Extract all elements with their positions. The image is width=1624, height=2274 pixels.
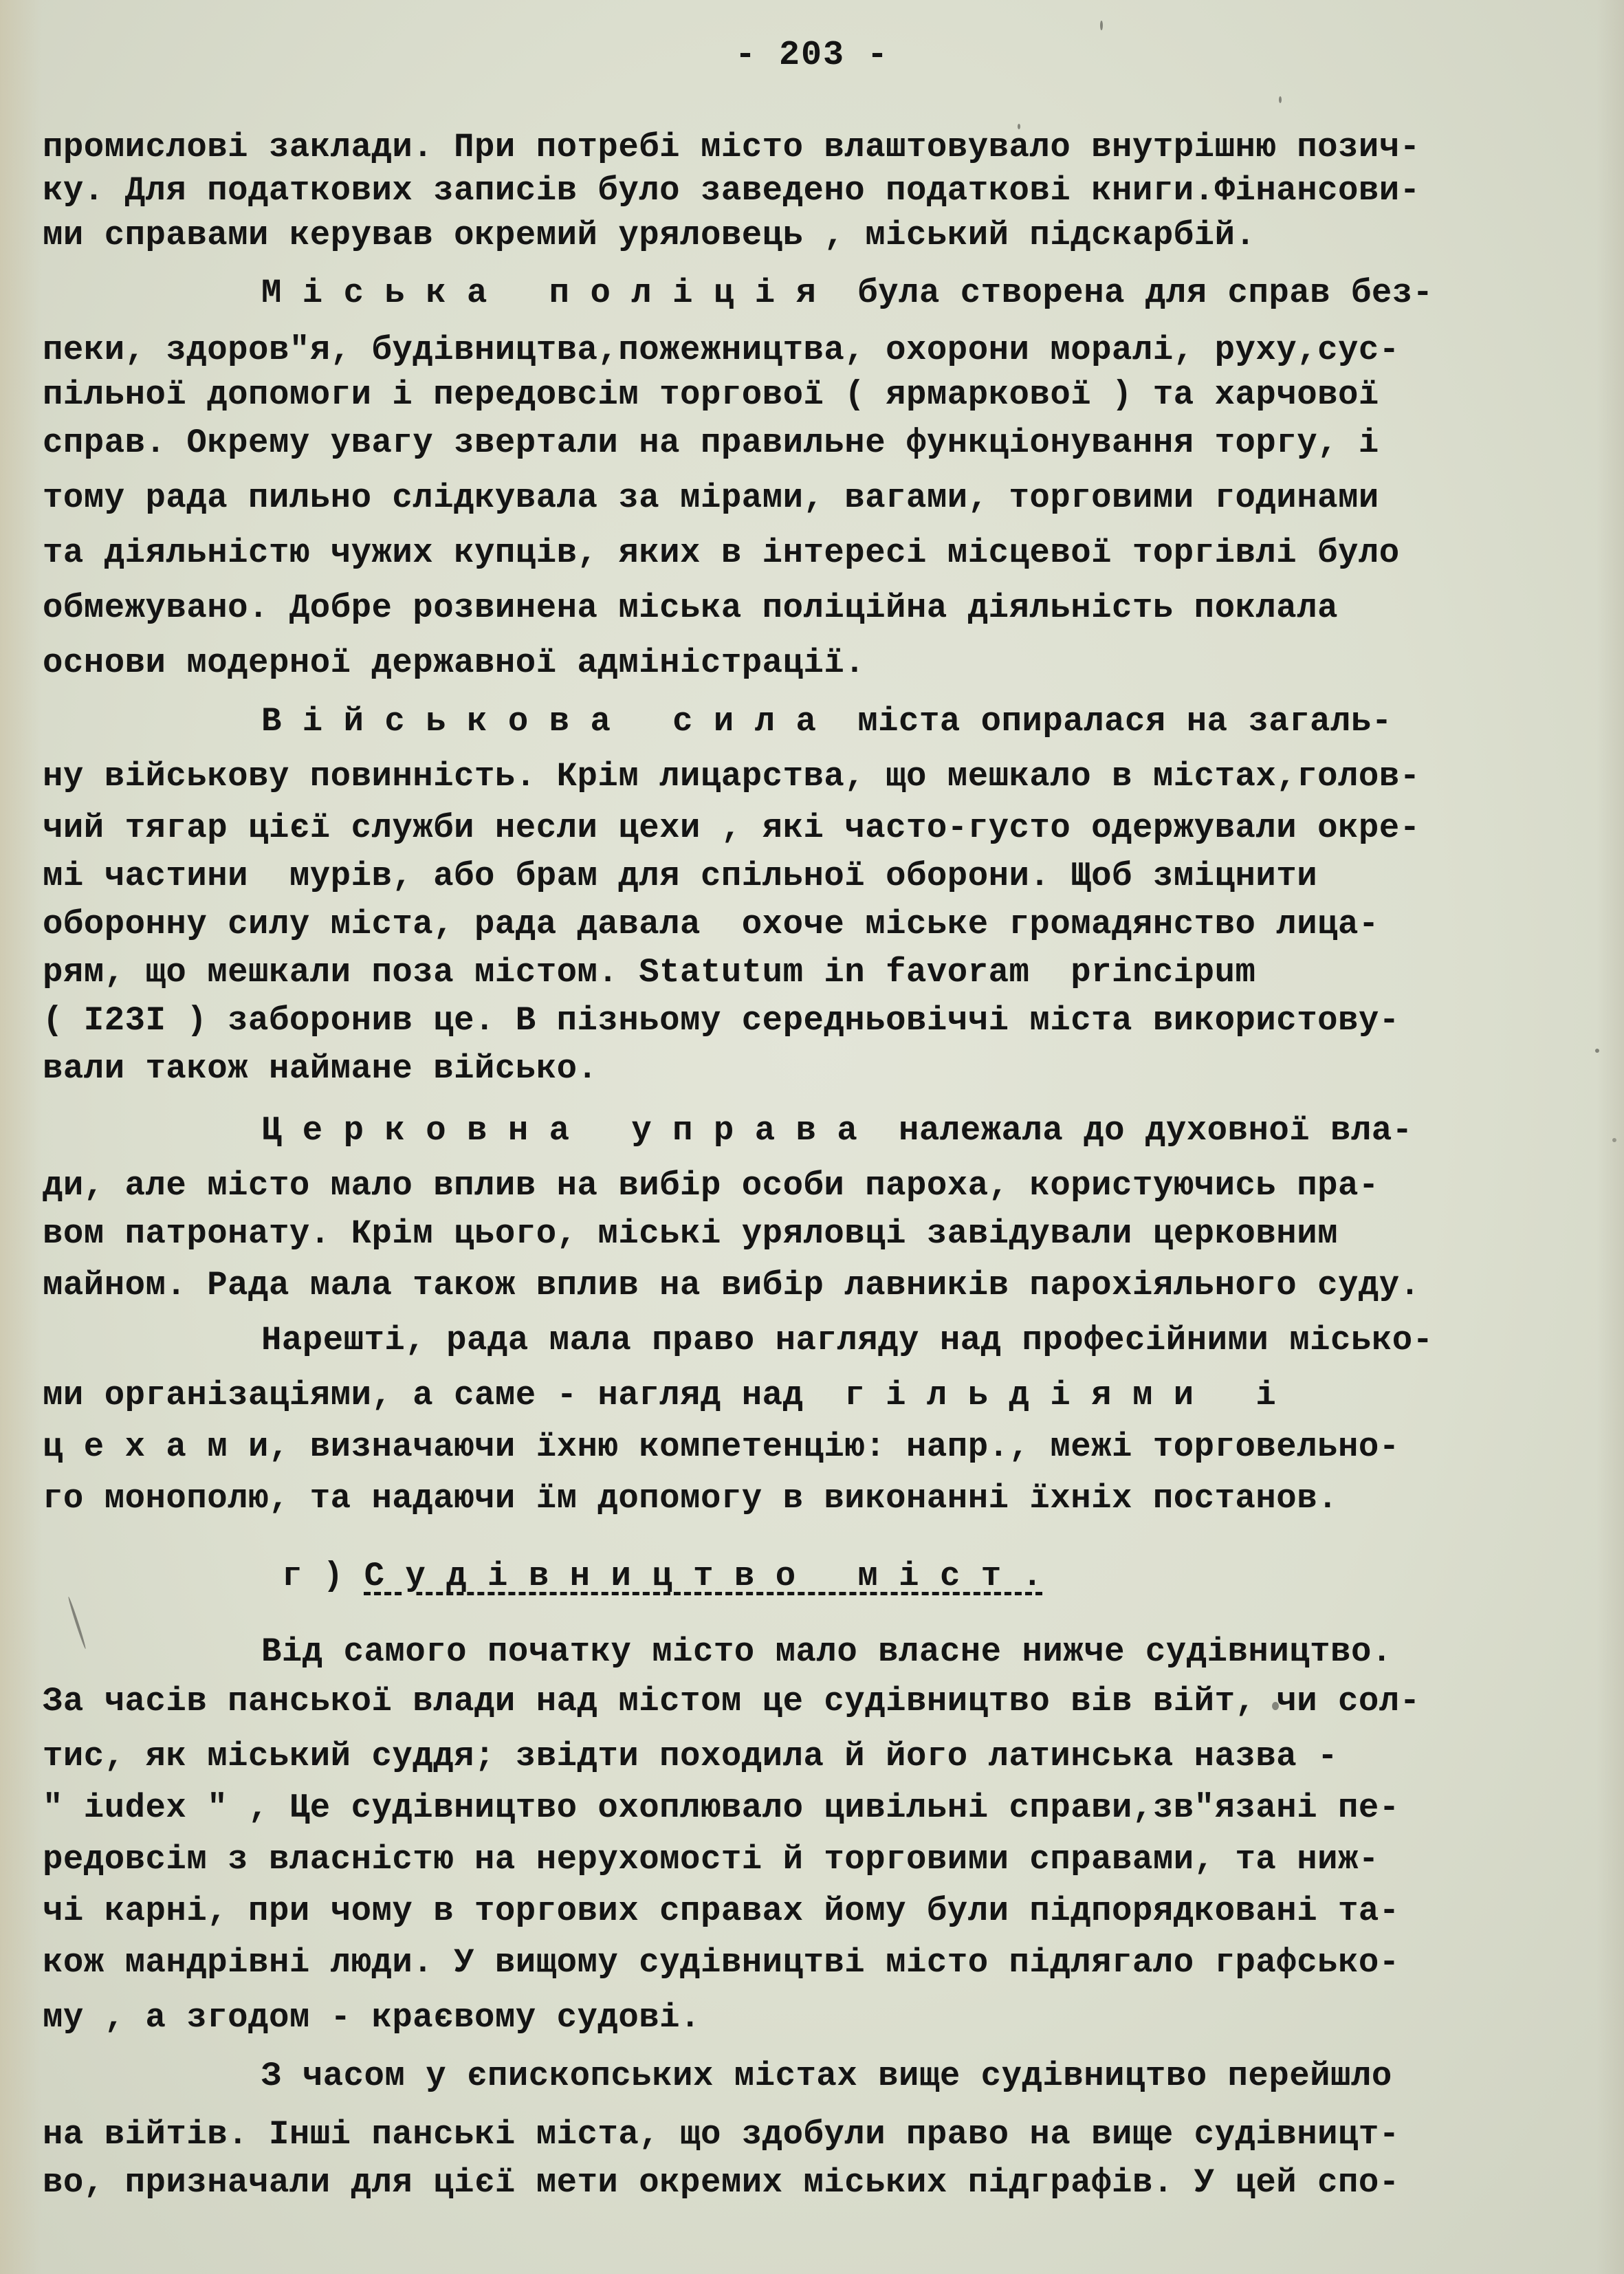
text-line: во, призначали для цієї мети окремих міс… [43, 2166, 1400, 2200]
text-line: оборонну силу міста, рада давала охоче м… [43, 908, 1379, 941]
paper-speck [1018, 124, 1020, 129]
text-line: ( I23I ) заборонив це. В пізньому середн… [43, 1004, 1400, 1038]
paper-speck [1612, 1138, 1616, 1142]
paragraph-first-line: Ц е р к о в н а у п р а в а належала до … [261, 1114, 1413, 1148]
topic-heading-church-administration: Ц е р к о в н а у п р а в а [261, 1111, 857, 1150]
paragraph-first-line: Від самого початку місто мало власне ниж… [261, 1635, 1392, 1669]
text-line: ц е х а м и, визначаючи їхню компетенцію… [43, 1430, 1400, 1464]
text-line: на війтів. Інші панські міста, що здобул… [43, 2118, 1400, 2152]
text-line: майном. Рада мала також вплив на вибір л… [43, 1269, 1420, 1302]
text-line: чі карні, при чому в торгових справах йо… [43, 1894, 1400, 1928]
paper-speck [1279, 96, 1282, 103]
topic-heading-city-police: М і с ь к а п о л і ц і я [261, 274, 816, 312]
section-heading-title: С у д і в н и ц т в о м і с т . [364, 1557, 1043, 1595]
text-line: ди, але місто мало вплив на вибір особи … [43, 1169, 1379, 1203]
text-line: чий тягар цієї служби несли цехи , які ч… [43, 811, 1420, 845]
text-line: кож мандрівні люди. У вищому судівництві… [43, 1946, 1400, 1980]
text-line: основи модерної державної адміністрації. [43, 646, 865, 680]
text-line: мі частини мурів, або брам для спільної … [43, 860, 1317, 893]
text-line: пеки, здоров"я, будівництва,пожежництва,… [43, 334, 1400, 367]
text-line: ну військову повинність. Крім лицарства,… [43, 760, 1420, 794]
text-line: пільної допомоги і передовсім торгової (… [43, 378, 1379, 412]
section-heading: г ) С у д і в н и ц т в о м і с т . [282, 1560, 1042, 1593]
paragraph-first-line: В і й с ь к о в а с и л а міста опиралас… [261, 705, 1392, 739]
paragraph-first-line: Нарешті, рада мала право нагляду над про… [261, 1324, 1434, 1357]
text-line: " iudex " , Це судівництво охоплювало ци… [43, 1791, 1400, 1825]
text-line: вали також наймане військо. [43, 1052, 597, 1086]
text-line: обмежувано. Добре розвинена міська поліц… [43, 591, 1338, 625]
text-line: справ. Окрему увагу звертали на правильн… [43, 426, 1379, 460]
text-line: промислові заклади. При потребі місто вл… [43, 131, 1420, 164]
text-line: го монополю, та надаючи їм допомогу в ви… [43, 1482, 1338, 1516]
text-line: вом патронату. Крім цього, міські урялов… [43, 1217, 1338, 1251]
paragraph-first-line: М і с ь к а п о л і ц і я була створена … [261, 276, 1434, 310]
paper-scratch [67, 1596, 87, 1649]
text-line: ми організаціями, а саме - нагляд над г … [43, 1379, 1276, 1412]
topic-heading-military-force: В і й с ь к о в а с и л а [261, 702, 816, 741]
page-number: - 203 - [0, 36, 1624, 75]
paper-speck [1595, 1049, 1599, 1053]
paper-speck [1100, 21, 1103, 30]
text-line: редовсім з власністю на нерухомості й то… [43, 1843, 1379, 1877]
text-line: тис, як міський суддя; звідти походила й… [43, 1740, 1338, 1773]
text-line: та діяльністю чужих купців, яких в інтер… [43, 536, 1400, 570]
text-line: ку. Для податкових записів було заведено… [43, 174, 1420, 208]
paper-speck [1272, 1702, 1279, 1710]
text-line: ми справами керував окремий уряловець , … [43, 219, 1255, 252]
typewritten-page: - 203 - промислові заклади. При потребі … [0, 0, 1624, 2274]
paragraph-first-line: З часом у єпископських містах вище судів… [261, 2059, 1392, 2093]
text-line: За часів панської влади над містом це су… [43, 1685, 1420, 1718]
text-line: тому рада пильно слідкувала за мірами, в… [43, 481, 1379, 515]
text-line: рям, що мешкали поза містом. Statutum in… [43, 956, 1255, 990]
section-heading-prefix: г ) [282, 1557, 344, 1595]
text-line: му , а згодом - краєвому судові. [43, 2001, 701, 2035]
